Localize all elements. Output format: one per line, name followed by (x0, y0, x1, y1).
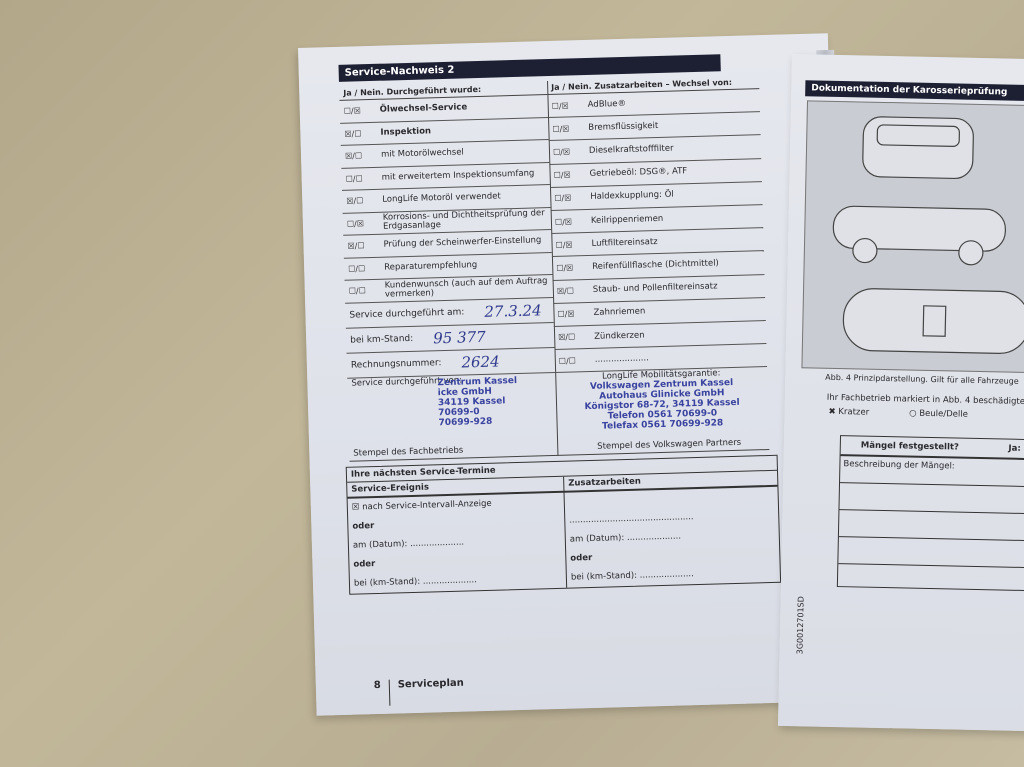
dealer-stamp-area: Service durchgeführt von: Zentrum Kassel… (347, 372, 557, 461)
partner-stamp-area: LongLife Mobilitätsgarantie: Volkswagen … (555, 367, 769, 456)
defects-table: Mängel festgestellt?Ja: Beschreibung der… (837, 435, 1024, 591)
yes-no-checkbox[interactable]: ☒/☐ (342, 196, 376, 206)
checklist-label: Luftfiltereinsatz (585, 235, 763, 249)
checklist-label: Ölwechsel-Service (374, 101, 548, 115)
yes-no-checkbox[interactable]: ☐/☒ (343, 219, 377, 229)
checklist-label: Prüfung der Scheinwerfer-Einstellung (377, 236, 551, 250)
yes-no-checkbox[interactable]: ☐/☐ (342, 174, 376, 184)
checklist-label: AdBlue® (582, 96, 760, 110)
next-service-table: Ihre nächsten Service-Termine Service-Er… (346, 455, 781, 595)
performed-column: Ja / Nein. Durchgeführt wurde: ☐/☒Ölwech… (339, 81, 558, 461)
right-page-title: Dokumentation der Karosserieprüfung (805, 80, 1024, 101)
checklist-label: .................... (589, 351, 767, 365)
body-inspection-page: Dokumentation der Karosserieprüfung Abb.… (778, 54, 1024, 731)
service-page-left: Service-Nachweis 2 Ja / Nein. Durchgefüh… (298, 33, 846, 716)
car-diagram (801, 100, 1024, 373)
checklist-label: Inspektion (374, 124, 548, 138)
checklist-label: Reparaturempfehlung (378, 259, 552, 273)
checklist-label: Staub- und Pollenfiltereinsatz (587, 281, 765, 295)
checklist-label: mit erweitertem Inspektionsumfang (376, 169, 550, 183)
dent-legend: ○ Beule/Delle (909, 409, 968, 420)
figure-caption: Abb. 4 Prinzipdarstellung. Gilt für alle… (825, 373, 1019, 386)
page-footer: 8 Serviceplan (374, 678, 465, 707)
checklist-label: Reifenfüllflasche (Dichtmittel) (586, 258, 764, 272)
checklist-label: mit Motorölwechsel (375, 146, 549, 160)
yes-no-checkbox[interactable]: ☒/☐ (554, 332, 588, 342)
checklist-label: Dieselkraftstofffilter (583, 142, 761, 156)
yes-no-checkbox[interactable]: ☐/☒ (549, 147, 583, 157)
checklist-label: Zahnriemen (587, 304, 765, 318)
yes-no-checkbox[interactable]: ☐/☒ (550, 193, 584, 203)
checklist-label: Zündkerzen (588, 328, 766, 342)
document-code: 3G0012701SD (795, 596, 805, 654)
scratch-legend: ✖ Kratzer (828, 407, 869, 418)
yes-no-checkbox[interactable]: ☐/☐ (555, 356, 589, 366)
yes-no-checkbox[interactable]: ☐/☒ (552, 263, 586, 273)
checklist-label: Kundenwunsch (auch auf dem Auftrag verme… (379, 277, 553, 300)
yes-no-checkbox[interactable]: ☒/☐ (343, 241, 377, 251)
checklist-label: Haldexkupplung: Öl (584, 188, 762, 202)
checklist-label: Keilrippenriemen (585, 212, 763, 226)
instruction-text: Ihr Fachbetrieb markiert in Abb. 4 besch… (827, 393, 1024, 407)
checklist-label: Getriebeöl: DSG®, ATF (584, 165, 762, 179)
checklist-label: Korrosions- und Dichtheitsprüfung der Er… (377, 209, 551, 232)
yes-no-checkbox[interactable]: ☒/☐ (341, 151, 375, 161)
yes-no-checkbox[interactable]: ☐/☒ (548, 101, 582, 111)
yes-no-checkbox[interactable]: ☐/☐ (344, 264, 378, 274)
yes-no-checkbox[interactable]: ☐/☐ (345, 286, 379, 296)
checklist-label: Bremsflüssigkeit (582, 119, 760, 133)
yes-no-checkbox[interactable]: ☐/☒ (550, 170, 584, 180)
yes-no-checkbox[interactable]: ☐/☒ (553, 309, 587, 319)
yes-no-checkbox[interactable]: ☐/☒ (551, 240, 585, 250)
additional-column: Ja / Nein. Zusatzarbeiten – Wechsel von:… (547, 75, 769, 456)
yes-no-checkbox[interactable]: ☐/☒ (548, 124, 582, 134)
yes-no-checkbox[interactable]: ☒/☐ (553, 286, 587, 296)
yes-no-checkbox[interactable]: ☒/☐ (340, 129, 374, 139)
checklist-label: LongLife Motoröl verwendet (376, 191, 550, 205)
yes-no-checkbox[interactable]: ☐/☒ (551, 217, 585, 227)
yes-no-checkbox[interactable]: ☐/☒ (340, 106, 374, 116)
